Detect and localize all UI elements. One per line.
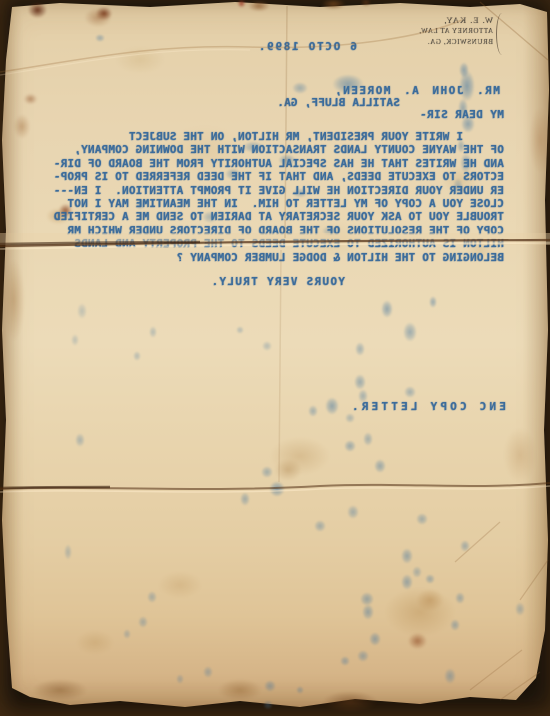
fold-creases [0, 0, 550, 716]
scanned-letter-verso: W. E. KAY, ATTORNEY AT LAW, BRUNSWICK, G… [0, 0, 550, 716]
